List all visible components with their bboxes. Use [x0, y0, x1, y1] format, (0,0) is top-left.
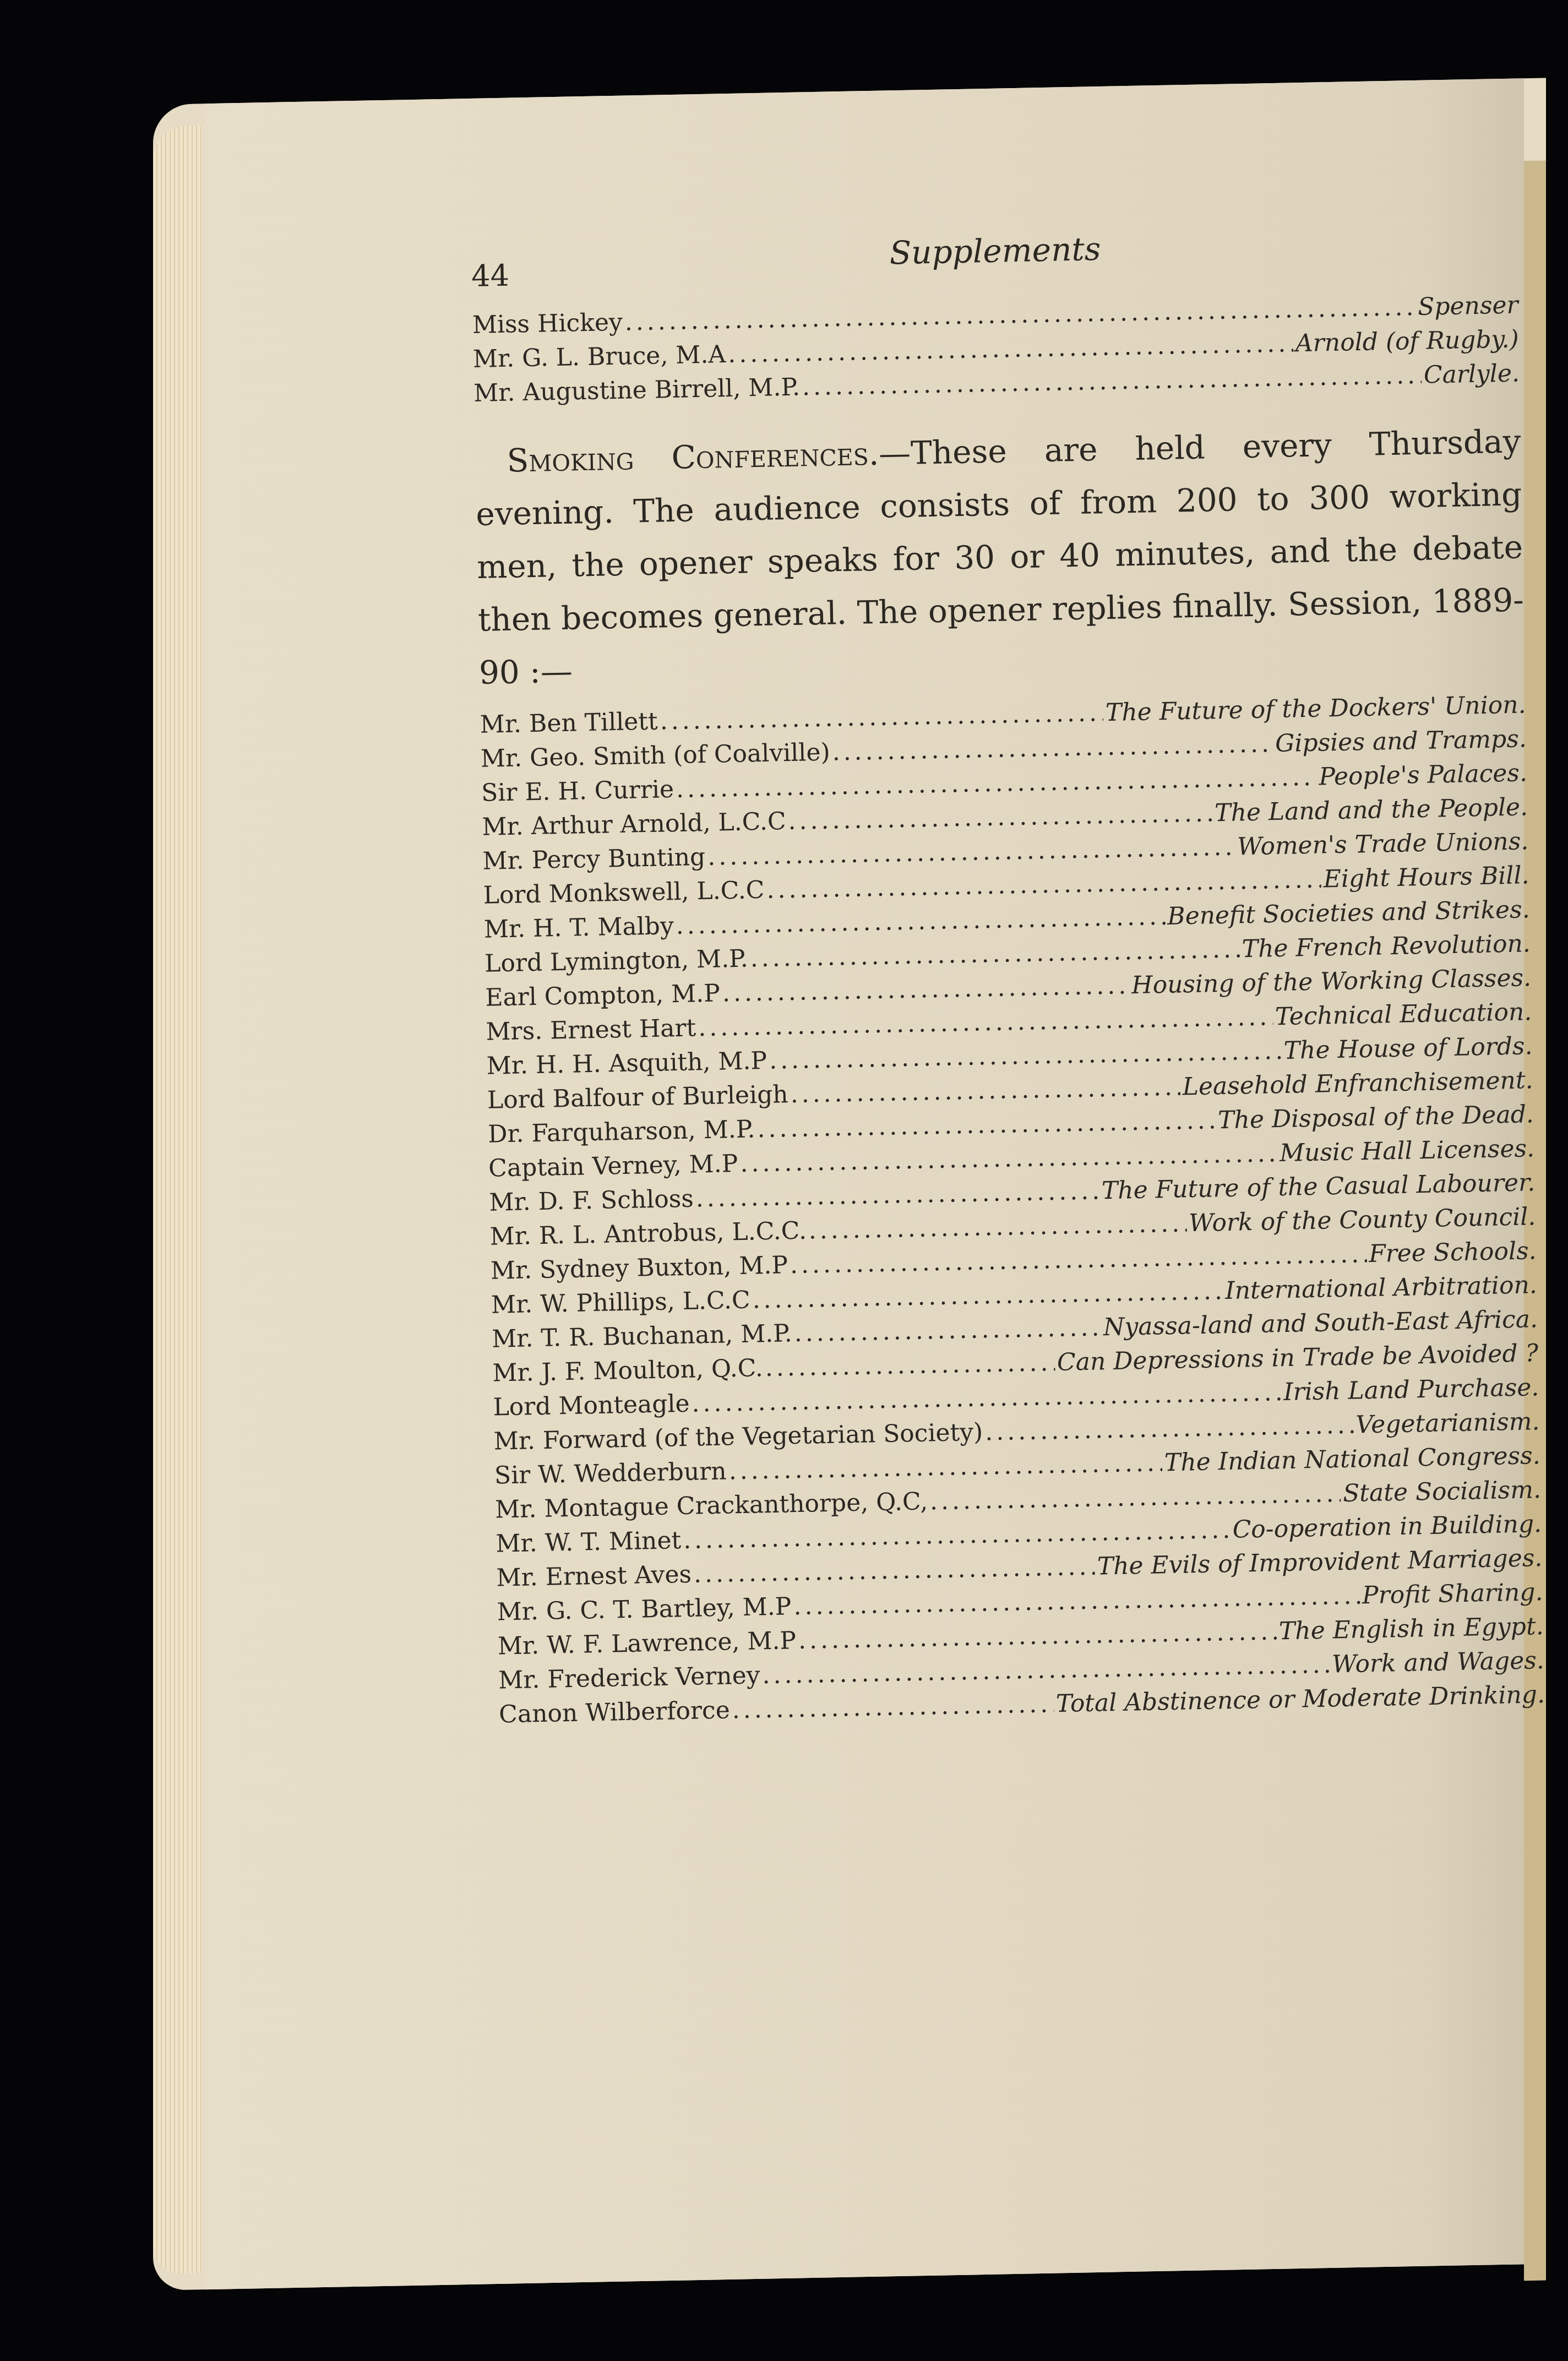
smoking-conferences-paragraph: Smoking Conferences.—These are held ever… [475, 415, 1526, 699]
page-stack-edge [153, 126, 203, 2274]
speaker-name: Lord Balfour of Burleigh [487, 1078, 788, 1117]
page-number: 44 [471, 258, 510, 293]
speaker-name: Mr. Ben Tillett [480, 705, 658, 742]
conference-topic: Free Schools. [1369, 1234, 1537, 1271]
conference-topic: Work and Wages. [1332, 1644, 1545, 1682]
speaker-name: Mr. Frederick Verney [498, 1658, 761, 1698]
speaker-name: Sir W. Wedderburn [494, 1454, 727, 1493]
speaker-name: Mr. H. H. Asquith, M.P [486, 1044, 767, 1084]
leader-dots [732, 1687, 1054, 1727]
speaker-name: Lord Monkswell, L.C.C [483, 873, 765, 913]
conference-topic: The Land and the People. [1215, 790, 1528, 830]
speaker-name: Mr. T. R. Buchanan, M.P. [492, 1316, 793, 1356]
conference-list: Mr. Ben TillettThe Future of the Dockers… [480, 688, 1545, 1732]
speaker-name: Mr. W. F. Lawrence, M.P [497, 1624, 796, 1663]
conference-topic: Technical Education. [1275, 995, 1532, 1034]
speaker-name: Captain Verney, M.P [488, 1147, 738, 1186]
lecture-topic: Arnold (of Rugby.) [1295, 322, 1519, 361]
speaker-name: Mr. Sydney Buxton, M.P [490, 1248, 788, 1288]
leader-dots [794, 1310, 1101, 1351]
speaker-name: Earl Compton, M.P [485, 977, 721, 1015]
page-content: 44 Supplements Miss HickeySpenser Mr. G.… [471, 222, 1545, 1732]
conference-topic: Irish Land Purchase. [1283, 1370, 1539, 1410]
speaker-name: Mr. Ernest Aves [496, 1558, 692, 1596]
conference-topic: Vegetarianism. [1355, 1405, 1540, 1442]
speaker-name: Canon Wilberforce [499, 1693, 730, 1732]
speaker-name: Mrs. Ernest Hart [486, 1011, 696, 1049]
conference-topic: Gipsies and Tramps. [1275, 722, 1527, 761]
section-heading: Smoking Conferences. [507, 435, 879, 480]
lecture-list-continued: Miss HickeySpenser Mr. G. L. Bruce, M.AA… [472, 289, 1520, 411]
speaker-name: Mr. J. F. Moulton, Q.C. [492, 1351, 764, 1390]
conference-topic: State Socialism. [1343, 1473, 1542, 1511]
speaker-name: Sir E. H. Currie [481, 773, 674, 810]
speaker-name: Mr. D. F. Schloss [489, 1182, 694, 1220]
speaker-name: Mr. R. L. Antrobus, L.C.C. [489, 1214, 807, 1254]
conference-topic: Co-operation in Building. [1232, 1507, 1542, 1547]
speaker-name: Mr. Percy Bunting [482, 840, 706, 879]
speaker-name: Mr. Arthur Arnold, L.C.C [482, 804, 786, 845]
speaker-name: Dr. Farquharson, M.P. [488, 1112, 756, 1151]
conference-topic: International Arbitration. [1225, 1268, 1538, 1308]
speaker-name: Mr. W. T. Minet [496, 1524, 682, 1561]
lecture-topic: Carlyle. [1423, 356, 1520, 392]
speaker-name: Mr. W. Phillips, L.C.C [491, 1283, 750, 1323]
speaker-name: Mr. G. L. Bruce, M.A [472, 338, 726, 377]
running-head: Supplements [889, 230, 1101, 271]
conference-topic: The English in Egypt. [1278, 1609, 1544, 1649]
lecture-topic: Spenser [1418, 289, 1519, 324]
conference-topic: Women's Trade Unions. [1237, 824, 1529, 864]
conference-topic: Music Hall Licenses. [1280, 1131, 1535, 1171]
conference-topic: The Disposal of the Dead. [1218, 1097, 1534, 1138]
speaker-name: Lord Lymington, M.P. [484, 942, 749, 981]
speaker-name: Mr. H. T. Malby [483, 909, 674, 947]
conference-topic: The French Revolution. [1242, 927, 1531, 966]
speaker-name: Mr. G. C. T. Bartley, M.P [497, 1590, 792, 1629]
conference-topic: Eight Hours Bill. [1323, 858, 1529, 896]
conference-topic: Profit Sharing. [1362, 1575, 1543, 1613]
speaker-name: Lord Monteagle [493, 1387, 690, 1425]
speaker-name: Mr. Augustine Birrell, M.P. [473, 371, 801, 411]
speaker-name: Miss Hickey [472, 306, 623, 342]
conference-topic: People's Palaces. [1319, 756, 1528, 794]
conference-topic: The House of Lords. [1283, 1029, 1533, 1068]
leader-dots [765, 1346, 1055, 1385]
